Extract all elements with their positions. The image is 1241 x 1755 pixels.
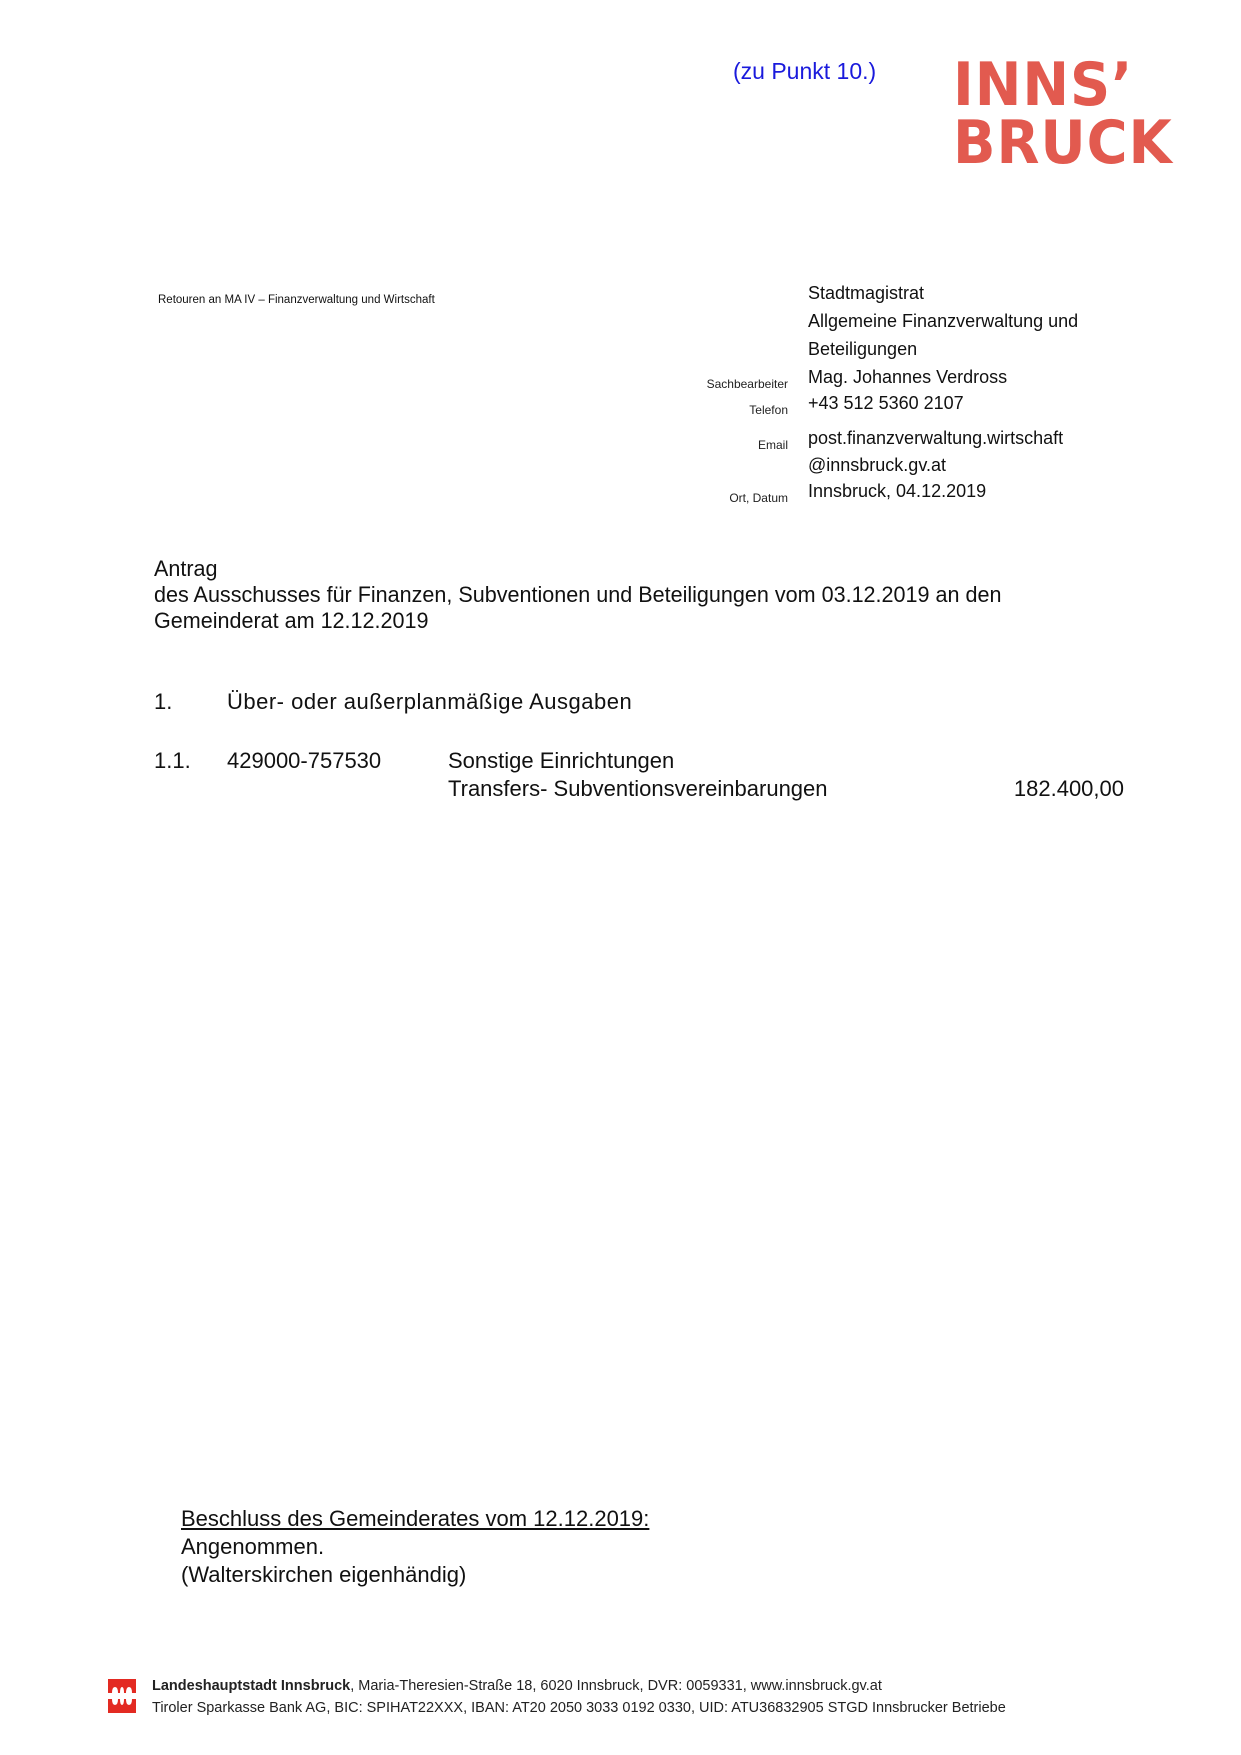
innsbruck-bridge-emblem-icon <box>108 1679 136 1713</box>
phone-value: +43 512 5360 2107 <box>808 393 964 414</box>
footer-city-name: Landeshauptstadt Innsbruck <box>152 1678 350 1694</box>
section-number: 1. <box>154 689 172 715</box>
motion-line-2: des Ausschusses für Finanzen, Subvention… <box>154 582 1001 608</box>
return-address: Retouren an MA IV – Finanzverwaltung und… <box>158 294 435 306</box>
footer-bank-line: Tiroler Sparkasse Bank AG, BIC: SPIHAT22… <box>152 1700 1006 1716</box>
clerk-label: Sachbearbeiter <box>668 377 788 391</box>
innsbruck-logo: INNS’ BRUCK <box>953 56 1178 172</box>
motion-line-3: Gemeinderat am 12.12.2019 <box>154 608 1001 634</box>
phone-label: Telefon <box>668 403 788 417</box>
motion-title: Antrag <box>154 556 1001 582</box>
email-label: Email <box>668 438 788 452</box>
footer-address-details: , Maria-Theresien-Straße 18, 6020 Innsbr… <box>350 1678 882 1694</box>
section-title: Über- oder außerplanmäßige Ausgaben <box>227 689 632 715</box>
logo-line-2: BRUCK <box>953 114 1178 172</box>
item-number: 1.1. <box>154 748 191 774</box>
department-line-3: Beteiligungen <box>808 339 917 360</box>
clerk-value: Mag. Johannes Verdross <box>808 367 1007 388</box>
agenda-reference: (zu Punkt 10.) <box>733 58 876 85</box>
item-description-line-2: Transfers- Subventionsvereinbarungen <box>448 776 828 802</box>
item-amount: 182.400,00 <box>1014 776 1124 802</box>
place-date-value: Innsbruck, 04.12.2019 <box>808 481 986 502</box>
department-line-2: Allgemeine Finanzverwaltung und <box>808 311 1078 332</box>
item-description-line-1: Sonstige Einrichtungen <box>448 748 674 774</box>
item-account: 429000-757530 <box>227 748 381 774</box>
decision-result: Angenommen. <box>181 1533 649 1561</box>
council-decision: Beschluss des Gemeinderates vom 12.12.20… <box>181 1505 649 1589</box>
department-line-1: Stadtmagistrat <box>808 283 924 304</box>
email-value: post.finanzverwaltung.wirtschaft <box>808 428 1063 449</box>
footer-address-line: Landeshauptstadt Innsbruck, Maria-Theres… <box>152 1678 882 1694</box>
place-date-label: Ort, Datum <box>668 491 788 505</box>
logo-line-1: INNS’ <box>953 56 1178 114</box>
motion-heading: Antrag des Ausschusses für Finanzen, Sub… <box>154 556 1001 634</box>
email-value-line-2: @innsbruck.gv.at <box>808 455 946 476</box>
decision-title: Beschluss des Gemeinderates vom 12.12.20… <box>181 1505 649 1533</box>
decision-note: (Walterskirchen eigenhändig) <box>181 1561 649 1589</box>
